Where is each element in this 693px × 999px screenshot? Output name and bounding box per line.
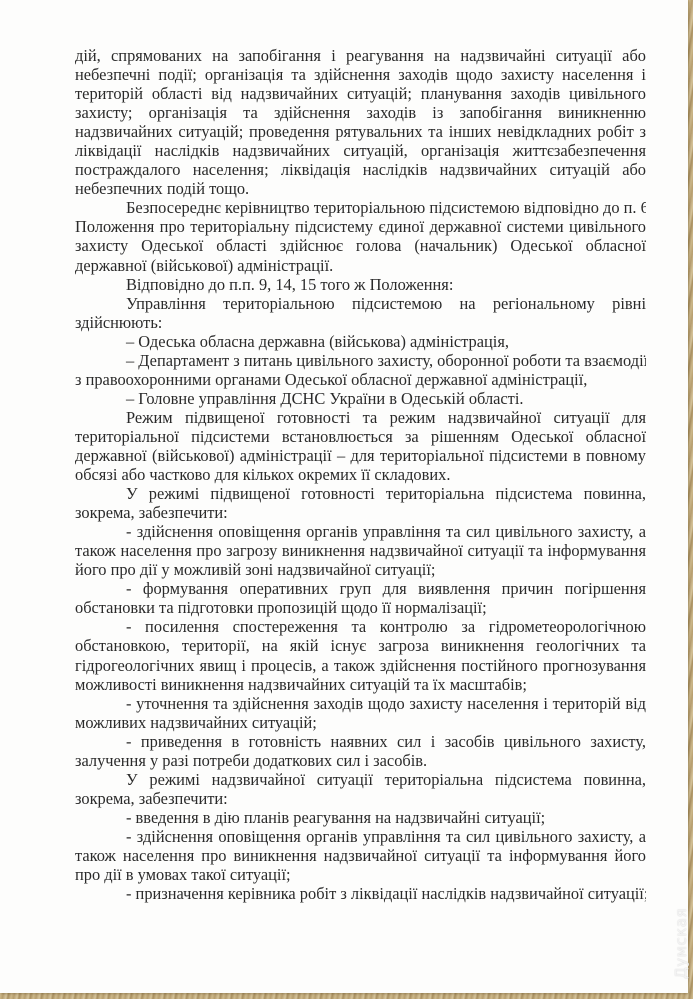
text-line: територій області від надзвичайних ситуа… <box>75 84 646 103</box>
text-line: його про дії у можливій зоні надзвичайно… <box>75 560 646 579</box>
text-line: - введення в дію планів реагування на на… <box>75 808 646 827</box>
text-line: територіальної підсистеми встановлюється… <box>75 427 646 446</box>
text-line: можливих надзвичайних ситуацій; <box>75 713 646 732</box>
text-line: можливості виникнення надзвичайних ситуа… <box>75 675 646 694</box>
text-line: - формування оперативних груп для виявле… <box>75 579 646 598</box>
text-line: Безпосереднє керівництво територіальною … <box>75 198 646 217</box>
text-line: Управління територіальною підсистемою на… <box>75 294 646 313</box>
text-line: залучення у разі потреби додаткових сил … <box>75 751 646 770</box>
text-line: У режимі підвищеної готовності територіа… <box>75 484 646 503</box>
document-body: дій, спрямованих на запобігання і реагув… <box>75 46 646 903</box>
text-line: зокрема, забезпечити: <box>75 503 646 522</box>
text-line: зокрема, забезпечити: <box>75 789 646 808</box>
text-line: обсязі або частково для кількох окремих … <box>75 465 646 484</box>
text-line: захисту; організація та здійснення заход… <box>75 103 646 122</box>
text-line: Положення про територіальну підсистему є… <box>75 217 646 236</box>
text-line: про дії в умовах такої ситуації; <box>75 865 646 884</box>
text-line: - призначення керівника робіт з ліквідац… <box>75 884 646 903</box>
text-line: Відповідно до п.п. 9, 14, 15 того ж Поло… <box>75 275 646 294</box>
text-line: - посилення спостереження та контролю за… <box>75 617 646 636</box>
text-line: дій, спрямованих на запобігання і реагув… <box>75 46 646 65</box>
text-line: гідрогеологічних явищ і процесів, а тако… <box>75 656 646 675</box>
text-line: – Департамент з питань цивільного захист… <box>75 351 646 370</box>
text-line: державної (військової) адміністрації – д… <box>75 446 646 465</box>
document-page: дій, спрямованих на запобігання і реагув… <box>0 0 688 993</box>
text-line: У режимі надзвичайної ситуації територіа… <box>75 770 646 789</box>
text-line: постраждалого населення; ліквідація насл… <box>75 160 646 179</box>
text-line: - уточнення та здійснення заходів щодо з… <box>75 694 646 713</box>
text-line: також населення про виникнення надзвичай… <box>75 846 646 865</box>
text-line: державної (військової) адміністрації. <box>75 256 646 275</box>
text-line: обстановки та підготовки пропозицій щодо… <box>75 598 646 617</box>
text-line: – Одеська обласна державна (військова) а… <box>75 332 646 351</box>
text-line: також населення про загрозу виникнення н… <box>75 541 646 560</box>
text-line: - здійснення оповіщення органів управлін… <box>75 827 646 846</box>
text-line: – Головне управління ДСНС України в Одес… <box>75 389 646 408</box>
text-line: небезпечних подій тощо. <box>75 179 646 198</box>
text-line: небезпечні події; організація та здійсне… <box>75 65 646 84</box>
text-line: з правоохоронними органами Одеської обла… <box>75 370 646 389</box>
text-line: обстановкою, території, на якій існує за… <box>75 636 646 655</box>
text-line: - здійснення оповіщення органів управлін… <box>75 522 646 541</box>
text-line: - приведення в готовність наявних сил і … <box>75 732 646 751</box>
text-line: здійснюють: <box>75 313 646 332</box>
source-watermark: Думская <box>672 908 690 979</box>
text-line: надзвичайних ситуацій; проведення рятува… <box>75 122 646 141</box>
text-line: ліквідації наслідків надзвичайних ситуац… <box>75 141 646 160</box>
text-line: захисту Одеської області здійснює голова… <box>75 236 646 255</box>
text-line: Режим підвищеної готовності та режим над… <box>75 408 646 427</box>
